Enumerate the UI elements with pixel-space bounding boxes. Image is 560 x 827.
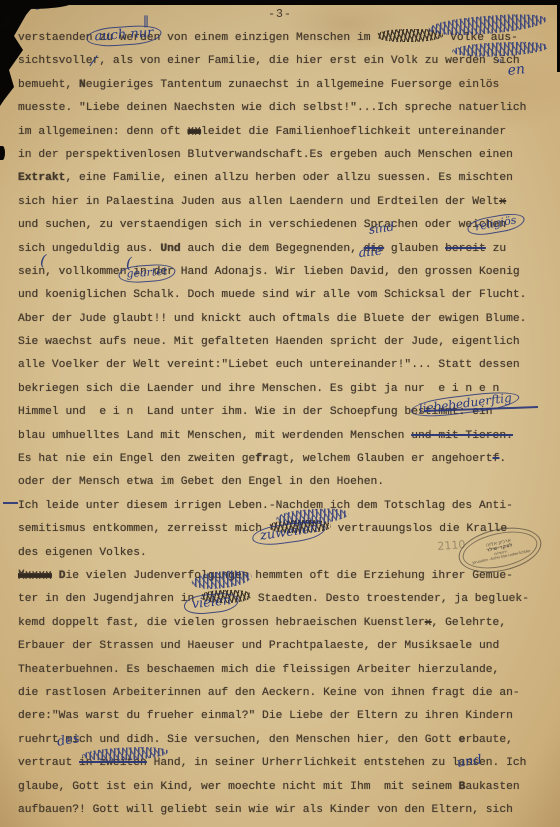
typed-text: leidet die Familienhoeflichkeit unterein… (201, 126, 506, 138)
page-number: -3- (0, 8, 560, 21)
typed-text: alle Voelker der Welt vereint:"Liebet eu… (18, 359, 520, 371)
typed-line: und suchen, zu verstaendigen sich in ver… (18, 214, 529, 237)
typed-line: aufbauen?! Gott will geliebt sein wie wi… (18, 799, 529, 822)
typed-line: oder der Mensch etwa im Gebet den Engel … (18, 471, 529, 494)
manuscript-page: -3- verstaenden zu werden von einem einz… (0, 0, 560, 827)
typed-text: und mit Tieren. (411, 430, 513, 442)
typed-text: . (499, 453, 506, 465)
typed-text: des eigenen Volkes. (18, 547, 147, 559)
typed-line: Ich leide unter diesem irrigen Leben.-Na… (18, 495, 529, 518)
typed-text: eugieriges Tantentum zunaechst in allgem… (86, 79, 500, 91)
typed-line: ruehrt mich und didh. Sie versuchen, den… (18, 729, 529, 752)
typed-text: bekriegen sich die Laender und ihre Mens… (18, 383, 499, 395)
obliterated-word (377, 29, 443, 42)
typed-text: aukasten (465, 781, 519, 793)
typed-text: Erbauer der Strassen und Haeuser und Pra… (18, 640, 499, 652)
typed-line: Extrakt, eine Familie, einen allzu herbe… (18, 167, 529, 190)
typed-text: rbaute, (465, 734, 512, 746)
typed-text: glaube, Gott ist ein Kind, wer moechte n… (18, 781, 459, 793)
typed-text: ie vielen Judenverfolgungen hemmten oft … (65, 570, 512, 582)
margin-dash (3, 502, 18, 504)
typed-text: , eine Familie, einen allzu herben oder … (65, 172, 512, 184)
typed-text: muesste. "Liebe deinen Naechsten wie dic… (18, 102, 526, 114)
typed-line: sich hier in Palaestina Juden aus allen … (18, 191, 529, 214)
typed-line: dere:"Was warst du frueher einmal?" Die … (18, 705, 529, 728)
typed-text: Himmel und e i n Land unter ihm. Wie in … (18, 406, 493, 418)
typed-text: sein, vollkommen in der Hand Adonajs. Wi… (18, 266, 520, 278)
typed-line: sich ungeduldig aus. Und auch die dem Be… (18, 238, 529, 261)
typed-text: dere:"Was warst du frueher einmal?" Die … (18, 710, 513, 722)
typed-line: in der perspektivenlosen Blutverwandscha… (18, 144, 529, 167)
typed-line: sichtsvoller, als von einer Familie, die… (18, 50, 529, 73)
obliterated-word (269, 520, 331, 533)
typed-text: die (364, 243, 384, 255)
typed-text: sichtsvoller, als von einer Familie, die… (18, 55, 520, 67)
typed-text: Xxxxx (18, 570, 52, 582)
typed-text: Staedten. Desto troestender, ja begluek- (251, 593, 529, 605)
typed-text: in der perspektivenlosen Blutverwandscha… (18, 149, 513, 161)
typed-text: Theaterbuehnen. Es beschaemen mich die f… (18, 664, 499, 676)
typed-line: glaube, Gott ist ein Kind, wer moechte n… (18, 776, 529, 799)
typed-text: Es hat nie ein Engel den zweiten ge (18, 453, 255, 465)
typed-text: x (425, 617, 432, 629)
typed-line: die rastlosen Arbeiterinnen auf den Aeck… (18, 682, 529, 705)
typed-text: ter in den Jugendjahren in (18, 593, 201, 605)
typed-text: Aber der Jude glaubt!! und knickt auch o… (18, 313, 526, 325)
typed-text: x (499, 196, 506, 208)
typed-line: bekriegen sich die Laender und ihre Mens… (18, 378, 529, 401)
typed-line: Theaterbuehnen. Es beschaemen mich die f… (18, 659, 529, 682)
typed-line: Erbauer der Strassen und Haeuser und Pra… (18, 635, 529, 658)
typed-line: ter in den Jugendjahren in Staedten. Des… (18, 588, 529, 611)
typed-text: Ich leide unter diesem irrigen Leben.-Na… (18, 500, 513, 512)
typed-text: kemd doppelt fast, die vielen grossen he… (18, 617, 425, 629)
typed-text: und koeniglichen Schalk. Doch muede sind… (18, 289, 526, 301)
typed-text: Und (160, 243, 180, 255)
typed-text (52, 570, 59, 582)
typed-line: und koeniglichen Schalk. Doch muede sind… (18, 284, 529, 307)
typed-text: bereit (445, 243, 486, 255)
typed-line: blau umhuelltes Land mit Menschen, mit w… (18, 425, 529, 448)
typed-text: in zweiten (79, 757, 147, 769)
typed-text: bemueht, (18, 79, 79, 91)
typed-text: und suchen, zu verstaendigen sich in ver… (18, 219, 506, 231)
typed-text: vertraut (18, 757, 79, 769)
typed-text: oder der Mensch etwa im Gebet den Engel … (18, 476, 384, 488)
typed-line: bemueht, Neugieriges Tantentum zunaechst… (18, 74, 529, 97)
typed-line: Himmel und e i n Land unter ihm. Wie in … (18, 401, 529, 424)
typewritten-text-block: verstaenden zu werden von einem einzigen… (18, 27, 529, 822)
typed-text: Extrakt (18, 172, 65, 184)
typed-text: xx (187, 126, 201, 138)
typed-text: fr (255, 453, 269, 465)
typed-text: zu (486, 243, 506, 255)
typed-text: aufbauen?! Gott will geliebt sein wie wi… (18, 804, 513, 816)
typed-text: sich ungeduldig aus. (18, 243, 160, 255)
typed-line: verstaenden zu werden von einem einzigen… (18, 27, 529, 50)
typed-text: agt, welchem Glauben er angehoert (269, 453, 493, 465)
typed-line: im allgemeinen: denn oft xxleidet die Fa… (18, 121, 529, 144)
typed-line: Xxxxx Die vielen Judenverfolgungen hemmt… (18, 565, 529, 588)
typed-text: ruehrt mich und didh. Sie versuchen, den… (18, 734, 459, 746)
typed-line: vertraut in zweiten Hand, in seiner Urhe… (18, 752, 529, 775)
typed-line: sein, vollkommen in der Hand Adonajs. Wi… (18, 261, 529, 284)
typed-text: auch die dem Begegnenden, (181, 243, 364, 255)
typed-text: die rastlosen Arbeiterinnen auf den Aeck… (18, 687, 520, 699)
typed-text: verstaenden zu werden von einem einzigen… (18, 32, 377, 44)
typed-text: semitismus entkommen, zerreisst mich (18, 523, 269, 535)
typed-text: im allgemeinen: denn oft (18, 126, 187, 138)
typed-line: Aber der Jude glaubt!! und knickt auch o… (18, 308, 529, 331)
typed-line: alle Voelker der Welt vereint:"Liebet eu… (18, 354, 529, 377)
typed-text: glauben (384, 243, 445, 255)
typed-line: Sie waechst aufs neue. Mit gefalteten Ha… (18, 331, 529, 354)
obliterated-word (201, 590, 251, 603)
typed-text: Volke aus- (443, 32, 518, 44)
typed-text: , Gelehrte, (432, 617, 507, 629)
typed-text: Hand, in seiner Urherrlichkeit entstehen… (147, 757, 527, 769)
typed-text: N (79, 79, 86, 91)
torn-edge (0, 0, 560, 5)
typed-line: des eigenen Volkes. (18, 542, 529, 565)
typed-text: sich hier in Palaestina Juden aus allen … (18, 196, 499, 208)
typed-text: blau umhuelltes Land mit Menschen, mit w… (18, 430, 411, 442)
typed-line: kemd doppelt fast, die vielen grossen he… (18, 612, 529, 635)
typed-line: Es hat nie ein Engel den zweiten gefragt… (18, 448, 529, 471)
torn-edge (0, 146, 5, 160)
typed-line: muesste. "Liebe deinen Naechsten wie dic… (18, 97, 529, 120)
typed-text: Sie waechst aufs neue. Mit gefalteten Ha… (18, 336, 520, 348)
typed-line: semitismus entkommen, zerreisst mich ver… (18, 518, 529, 541)
